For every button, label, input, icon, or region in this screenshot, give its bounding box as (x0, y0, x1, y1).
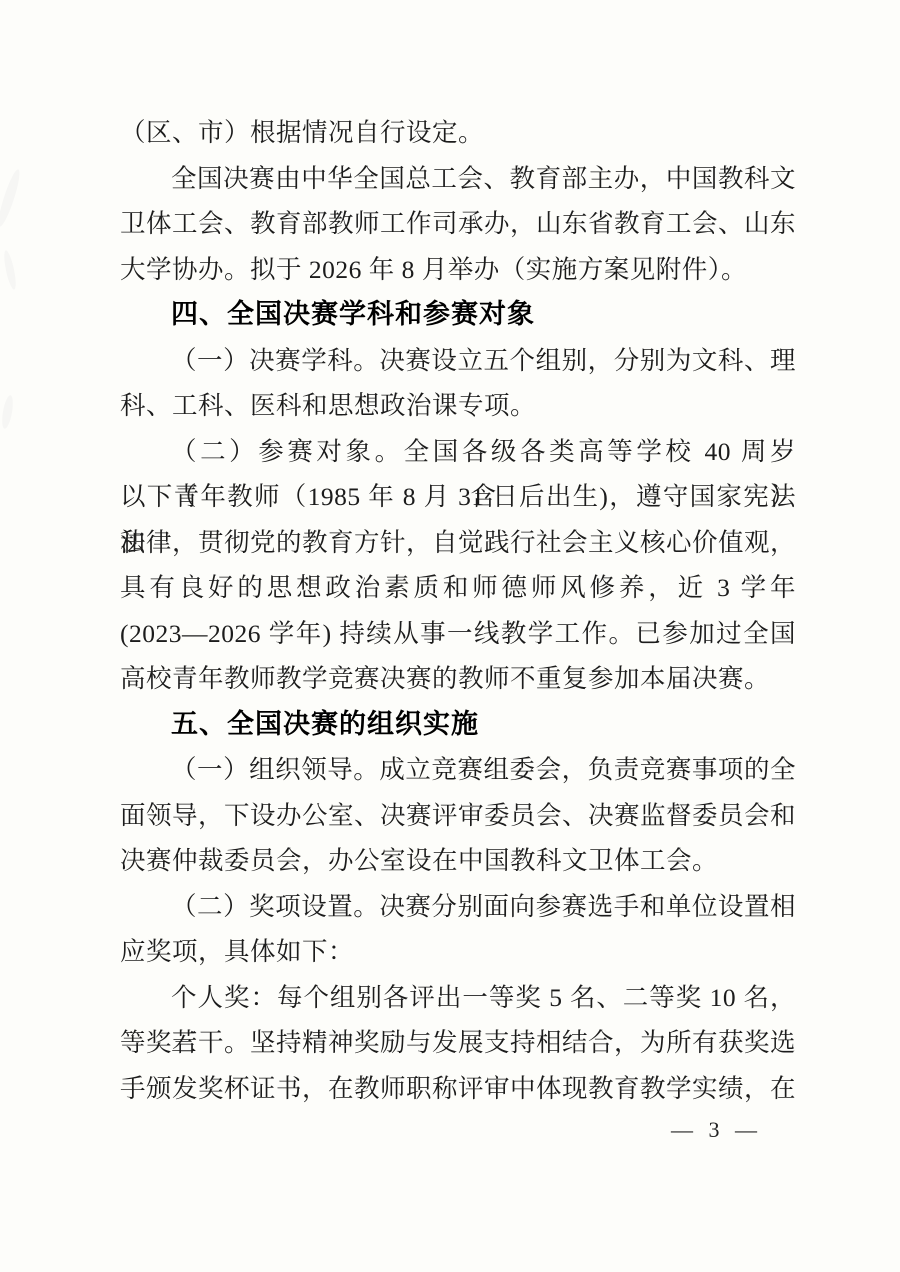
text-line: 全国决赛由中华全国总工会、教育部主办，中国教科文 (120, 156, 796, 202)
text-line: 卫体工会、教育部教师工作司承办，山东省教育工会、山东 (120, 201, 796, 247)
text-line: 以下青年教师（1985 年 8 月 31 日后出生)，遵守国家宪法和 (120, 474, 796, 520)
text-line: 应奖项，具体如下： (120, 929, 796, 975)
text-line: 手颁发奖杯证书，在教师职称评审中体现教育教学实绩，在 (120, 1066, 796, 1112)
text-line: （二）参赛对象。全国各级各类高等学校 40 周岁（含） (120, 429, 796, 475)
scan-smudge (0, 168, 23, 228)
scan-smudge (2, 250, 18, 291)
scan-smudge (0, 394, 15, 429)
text-line: 具有良好的思想政治素质和师德师风修养，近 3 学年 (120, 565, 796, 611)
text-line: 法律，贯彻党的教育方针，自觉践行社会主义核心价值观， (120, 520, 796, 566)
text-line: (2023—2026 学年) 持续从事一线教学工作。已参加过全国 (120, 611, 796, 657)
section-heading-5: 五、全国决赛的组织实施 (120, 702, 796, 748)
document-page: （区、市）根据情况自行设定。 全国决赛由中华全国总工会、教育部主办，中国教科文 … (0, 0, 900, 1272)
text-line: 大学协办。拟于 2026 年 8 月举办（实施方案见附件）。 (120, 247, 796, 293)
text-line: （一）决赛学科。决赛设立五个组别，分别为文科、理 (120, 338, 796, 384)
text-line: 高校青年教师教学竞赛决赛的教师不重复参加本届决赛。 (120, 656, 796, 702)
text-line: 等奖若干。坚持精神奖励与发展支持相结合，为所有获奖选 (120, 1020, 796, 1066)
text-line: 个人奖：每个组别各评出一等奖 5 名、二等奖 10 名，三 (120, 975, 796, 1021)
document-body: （区、市）根据情况自行设定。 全国决赛由中华全国总工会、教育部主办，中国教科文 … (120, 110, 796, 1111)
text-line: （二）奖项设置。决赛分别面向参赛选手和单位设置相 (120, 884, 796, 930)
section-heading-4: 四、全国决赛学科和参赛对象 (120, 292, 796, 338)
text-line: 科、工科、医科和思想政治课专项。 (120, 383, 796, 429)
page-number: — 3 — (671, 1117, 762, 1143)
text-line: 面领导，下设办公室、决赛评审委员会、决赛监督委员会和 (120, 793, 796, 839)
text-line: 决赛仲裁委员会，办公室设在中国教科文卫体工会。 (120, 838, 796, 884)
text-line: （区、市）根据情况自行设定。 (120, 110, 796, 156)
text-line: （一）组织领导。成立竞赛组委会，负责竞赛事项的全 (120, 747, 796, 793)
